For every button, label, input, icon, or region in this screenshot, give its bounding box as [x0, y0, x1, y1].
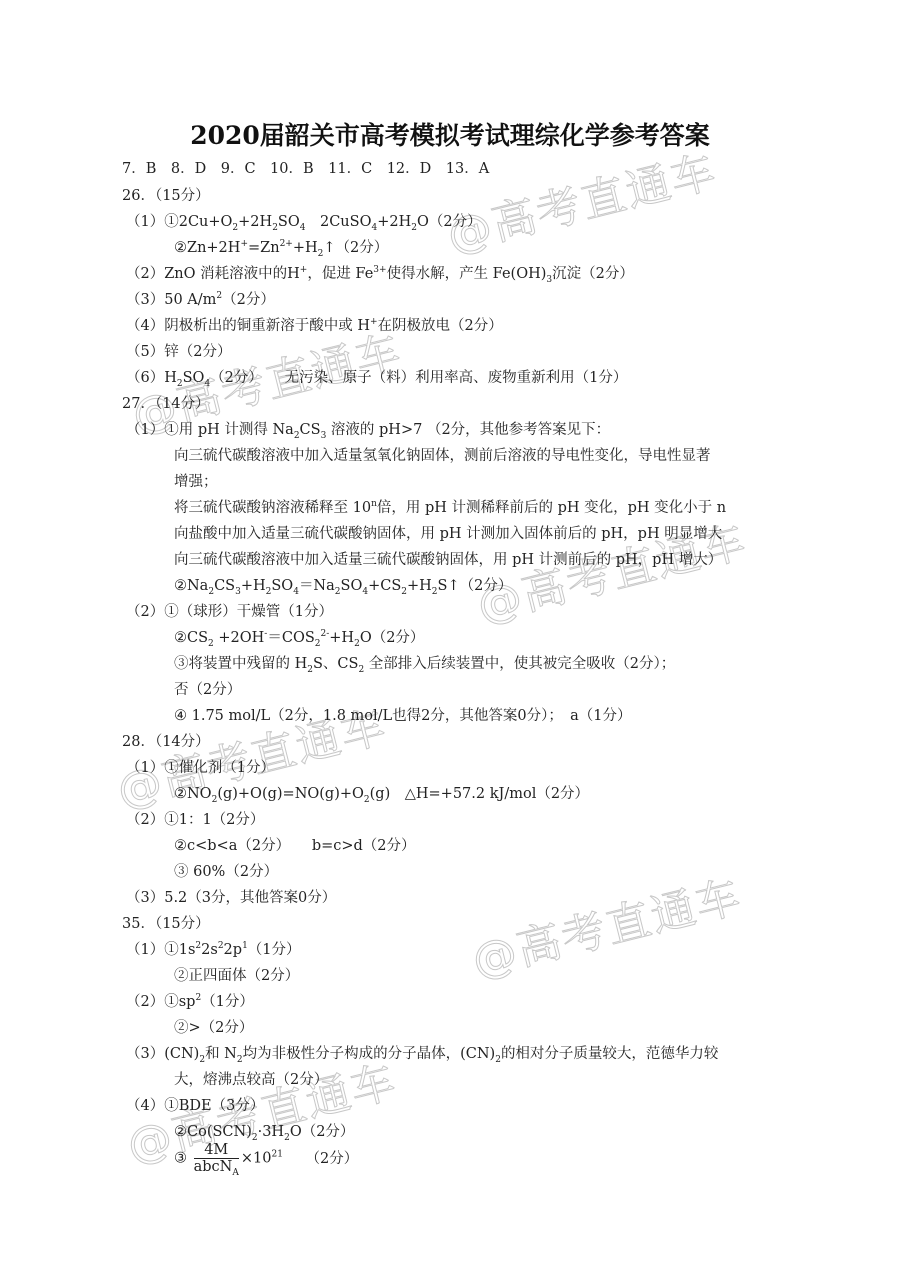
answer-line: 将三硫代碳酸钠溶液稀释至 10n倍，用 pH 计测稀释前后的 pH 变化，pH … [174, 499, 726, 517]
answer-line: （3）5.2（3分，其他答案0分） [126, 889, 336, 907]
answer-line: （5）锌（2分） [126, 343, 231, 361]
answer-line: 35．（15分） [122, 915, 210, 933]
exponent: 21 [271, 1150, 282, 1160]
answer-line: ②Na2CS3+H2SO4＝Na2SO4+CS2+H2S↑（2分） [174, 577, 512, 595]
item-marker: ③ [174, 1151, 187, 1167]
answer-line: （2）①（球形）干燥管（1分） [126, 603, 333, 621]
answer-line: ②CS2 +2OH-＝COS22-+H2O（2分） [174, 629, 424, 647]
answer-line-formula: ③ 4M abcNA ×1021 （2分） [174, 1142, 358, 1175]
answer-line: ②正四面体（2分） [174, 967, 299, 985]
answer-line: ③ 60%（2分） [174, 863, 278, 881]
answer-line: （6）H2SO4（2分） 无污染、原子（料）利用率高、废物重新利用（1分） [126, 369, 627, 387]
answer-line: 向三硫代碳酸溶液中加入适量氢氧化钠固体，测前后溶液的导电性变化，导电性显著 [174, 447, 711, 465]
answer-line: （3）50 A/m2（2分） [126, 291, 275, 309]
answer-line: 7．B 8．D 9．C 10．B 11．C 12．D 13．A [122, 160, 489, 178]
answer-line: 增强； [174, 473, 218, 491]
score: （2分） [306, 1151, 359, 1167]
answer-line: （4）阴极析出的铜重新溶于酸中或 H+在阴极放电（2分） [126, 317, 503, 335]
watermark: @高考直通车 [440, 135, 723, 264]
answer-line: （2）①1：1（2分） [126, 811, 264, 829]
answer-line: （3）(CN)2和 N2均为非极性分子构成的分子晶体，(CN)2的相对分子质量较… [126, 1045, 718, 1063]
answer-line: ②Zn+2H+=Zn2++H2↑（2分） [174, 239, 388, 257]
answer-line: （2）①sp2（1分） [126, 993, 254, 1011]
answer-line: （1）①1s22s22p1（1分） [126, 941, 301, 959]
answer-line: 否（2分） [174, 681, 241, 699]
answer-line: ②Co(SCN)2·3H2O（2分） [174, 1123, 354, 1141]
answer-line: （1）①用 pH 计测得 Na2CS3 溶液的 pH>7 （2分，其他参考答案见… [126, 421, 610, 439]
answer-line: 28．（14分） [122, 733, 210, 751]
answer-line: 大，熔沸点较高（2分） [174, 1071, 328, 1089]
answer-line: 向盐酸中加入适量三硫代碳酸钠固体，用 pH 计测加入固体前后的 pH，pH 明显… [174, 525, 722, 543]
answer-line: ②c<b<a（2分） b=c>d（2分） [174, 837, 416, 855]
answer-line: ③将装置中残留的 H2S、CS2 全部排入后续装置中，使其被完全吸收（2分）； [174, 655, 675, 673]
answer-line: ②NO2(g)+O(g)=NO(g)+O2(g) △H=+57.2 kJ/mol… [174, 785, 589, 803]
denominator-text: abcN [194, 1159, 233, 1175]
answer-line: （1）①催化剂（1分） [126, 759, 275, 777]
fraction-denominator: abcNA [194, 1159, 239, 1175]
answer-line: 26．（15分） [122, 187, 210, 205]
fraction: 4M abcNA [194, 1142, 239, 1175]
answer-line: （4）①BDE（3分） [126, 1097, 264, 1115]
answer-line: （2）ZnO 消耗溶液中的H+，促进 Fe3+使得水解，产生 Fe(OH)3沉淀… [126, 265, 634, 283]
watermark: @高考直通车 [465, 860, 748, 989]
answer-line: ②>（2分） [174, 1019, 253, 1037]
answer-line: （1）①2Cu+O2+2H2SO4 2CuSO4+2H2O（2分） [126, 213, 482, 231]
answer-line: 27．（14分） [122, 395, 210, 413]
fraction-numerator: 4M [194, 1142, 239, 1159]
answer-line: ④ 1.75 mol/L（2分，1.8 mol/L也得2分，其他答案0分）； a… [174, 707, 631, 725]
answer-line: 向三硫代碳酸溶液中加入适量三硫代碳酸钠固体，用 pH 计测前后的 pH，pH 增… [174, 551, 722, 569]
denominator-sub: A [232, 1168, 239, 1178]
page-title: 2020届韶关市高考模拟考试理综化学参考答案 [0, 116, 900, 152]
multiplier: ×10 [241, 1151, 272, 1167]
